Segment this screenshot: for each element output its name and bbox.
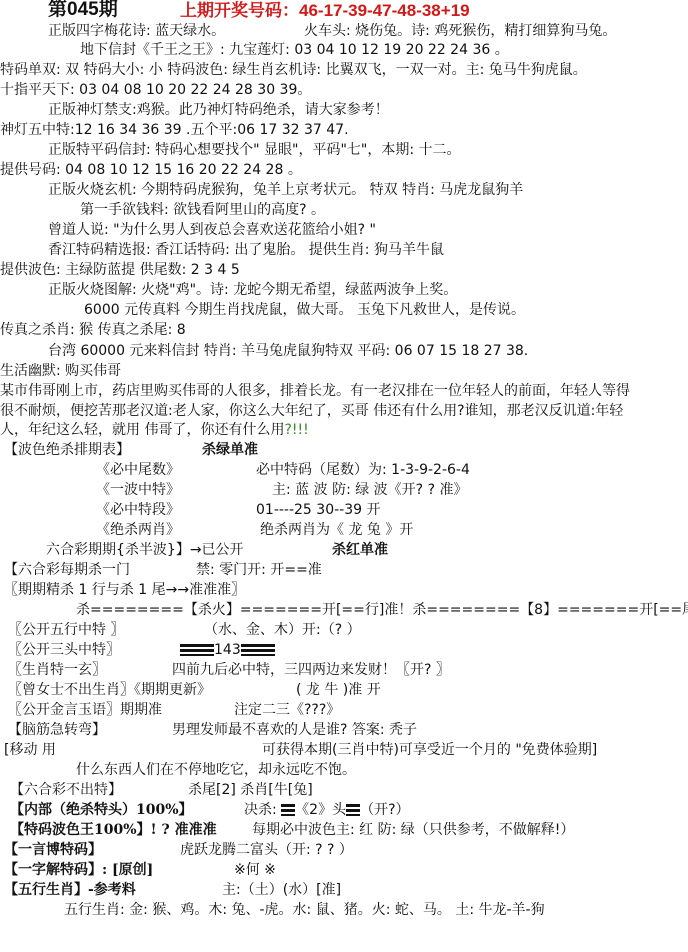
ms-zeng-label: 〖曾女士不出生肖〗《期期更新》 (8, 680, 211, 700)
kill-two-label: 《绝杀两肖》 (96, 520, 180, 540)
one-wave-value: 主: 蓝 波 防: 绿 波《开? ? 准》 (272, 480, 467, 500)
one-wave-label: 《一波中特》 (96, 480, 180, 500)
fire-mystery: 正版火烧玄机: 今期特码虎猴狗，兔羊上京考状元。 特双 特肖: 马虎龙鼠狗羊 (48, 180, 523, 200)
three-heads-label: 〖公开三头中特〗 (8, 640, 120, 660)
internal-kill-value: 决杀: 《2》头（开?） (244, 800, 410, 820)
kill-green: 杀绿单准 (202, 440, 258, 460)
plum-poem: 正版四字梅花诗: 蓝天绿水。 (48, 21, 225, 41)
bars-icon (346, 804, 360, 816)
riddle-label: 【脑筋急转弯】 (8, 720, 106, 740)
provided-numbers: 提供号码: 04 08 10 12 15 16 20 22 24 28 。 (0, 160, 302, 180)
five-zodiac-label: 【五行生肖】-参考料 (4, 880, 136, 900)
taiwan-envelope: 台湾 60000 元来料信封 特肖: 羊马兔虎鼠狗特双 平码: 06 07 15… (48, 341, 528, 361)
wave-king-label: 【特码波色王100%】! ? 准准准 (10, 820, 217, 840)
wave-kill-table-title: 【波色绝杀排期表】 (4, 440, 130, 460)
zodiac-mystery-value: 四前九后必中特，三四两边来发财！〖开? 〗 (172, 660, 450, 680)
five-zodiac-value: 主:（土）(水）[准] (222, 880, 341, 900)
special-envelope: 正版特平码信封: 特码心想要找个" 显眼"，平码"七"，本期: 十二。 (48, 140, 461, 160)
golden-words-value: 注定二三《???》 (234, 700, 340, 720)
zeng-says: 曾道人说: "为什么男人到夜总会喜欢送花篮给小姐? " (48, 220, 376, 240)
bars-icon (180, 644, 214, 656)
must-segment-label: 《必中特段》 (96, 500, 180, 520)
wave-color: 提供波色: 主绿防蓝提 供尾数: 2 3 4 5 (0, 260, 240, 280)
kill-line-tail: 〖期期精杀 1 行与杀 1 尾→→准准准〗 (4, 580, 245, 600)
must-tail-label: 《必中尾数》 (96, 460, 180, 480)
five-zodiac-list: 五行生肖: 金: 猴、鸡。木: 兔、-虎。水: 鼠、猪。火: 蛇、马。 土: 牛… (64, 900, 545, 920)
last-draw-numbers: 46-17-39-47-48-38+19 (299, 1, 470, 20)
special-code-info: 特码单双: 双 特码大小: 小 特码波色: 绿生肖玄机诗: 比翼双飞，一双一对。… (0, 60, 587, 80)
xiangjiang-report: 香江特码精选报: 香江话特码: 出了鬼胎。 提供生肖: 狗马羊牛鼠 (48, 240, 444, 260)
lamp-five: 神灯五中特:12 16 34 36 39 .五个平:06 17 32 37 47… (0, 120, 349, 140)
humor-text-3: 人，年纪这么轻，就用 伟哥了，你还有什么用?!!! (0, 420, 309, 440)
fire-diagram: 正版火烧图解: 火烧"鸡"。诗: 龙蛇今期无希望，绿蓝两波争上奖。 (48, 280, 457, 300)
five-elements-label: 〖公开五行中特 〗 (8, 620, 124, 640)
kill-one-gate-value: 禁: 零门开: 开==准 (196, 560, 322, 580)
humor-text-1: 某市伟哥刚上市，药店里购买伟哥的人很多，排着长龙。有一老汉排在一位年轻人的前面，… (0, 381, 630, 401)
ms-zeng-value: ( 龙 牛 )准 开 (296, 680, 381, 700)
three-heads-value: 143 (180, 640, 275, 660)
one-char-label: 【一字解特码】: [原创] (4, 860, 153, 880)
wave-king-value: 每期必中波色主: 红 防: 绿（只供参考，不做解释!） (252, 820, 574, 840)
fax-kill: 传真之杀肖: 猴 传真之杀尾: 8 (0, 320, 186, 340)
kill-one-gate-label: 【六合彩每期杀一门 (4, 560, 130, 580)
ten-fingers: 十指平天下: 03 04 08 10 20 22 24 28 30 39。 (0, 80, 311, 100)
one-char-value: ※何 ※ (234, 860, 276, 880)
one-word-value: 虎跃龙腾二富头（开: ? ? ） (180, 840, 353, 860)
humor-title: 生活幽默: 购买伟哥 (0, 361, 121, 381)
train-head: 火车头: 烧伤兔。诗: 鸡死猴伤，精打细算狗马兔。 (304, 21, 616, 41)
lamp-ban: 正版神灯禁支:鸡猴。此乃神灯特码绝杀，请大家参考！ (48, 100, 389, 120)
no-special-label: 【六合彩不出特】 (10, 780, 122, 800)
mobile-value: 可获得本期(三肖中特)可享受近一个月的 "免费体验期] (262, 740, 597, 760)
humor-punch: ?!!! (284, 422, 308, 438)
must-segment-value: 01----25 30--39 开 (256, 500, 380, 520)
five-elements-value: （水、金、木）开:（? ） (204, 620, 361, 640)
half-wave: 六合彩期期{杀半波}】→已公开 (46, 540, 244, 560)
mobile-label: [移动 用 (4, 740, 56, 760)
kill-red: 杀红单准 (332, 540, 388, 560)
no-special-value: 杀尾[2] 杀肖[牛[兔] (188, 780, 313, 800)
fax-6000: 6000 元传真料 今期生肖找虎鼠，做大哥。 玉兔下凡救世人，是传说。 (84, 300, 525, 320)
zodiac-mystery-label: 〖生肖特一玄〗 (8, 660, 106, 680)
internal-kill-label: 【内部（绝杀特头）100%】 (10, 800, 193, 820)
underground-envelope: 地下信封《千王之王》: 九宝莲灯: 03 04 10 12 19 20 22 2… (80, 40, 509, 60)
kill-fire-8: 杀========【杀火】=======开[==行]准！杀========【8】… (76, 600, 688, 620)
first-hand: 第一手欲钱料: 欲钱看阿里山的高度? 。 (80, 200, 325, 220)
issue-number: 第045期 (48, 0, 118, 20)
bars-icon (281, 804, 295, 816)
last-draw-label: 上期开奖号码：46-17-39-47-48-38+19 (180, 1, 470, 21)
riddle-2: 什么东西人们在不停地吃它，却永远吃不饱。 (76, 760, 356, 780)
one-word-label: 【一言博特码】 (4, 840, 102, 860)
kill-two-value: 绝杀两肖为《 龙 兔 》开 (260, 520, 413, 540)
humor-text-2: 很不耐烦，便挖苦那老汉道:老人家，你这么大年纪了，买哥 伟还有什么用?谁知，那老… (0, 401, 623, 421)
riddle-value: 男理发师最不喜欢的人是谁? 答案: 秃子 (172, 720, 417, 740)
bars-icon (241, 644, 275, 656)
must-tail-value: 必中特码（尾数）为: 1-3-9-2-6-4 (256, 460, 470, 480)
golden-words-label: 〖公开金言玉语〗期期准 (8, 700, 162, 720)
